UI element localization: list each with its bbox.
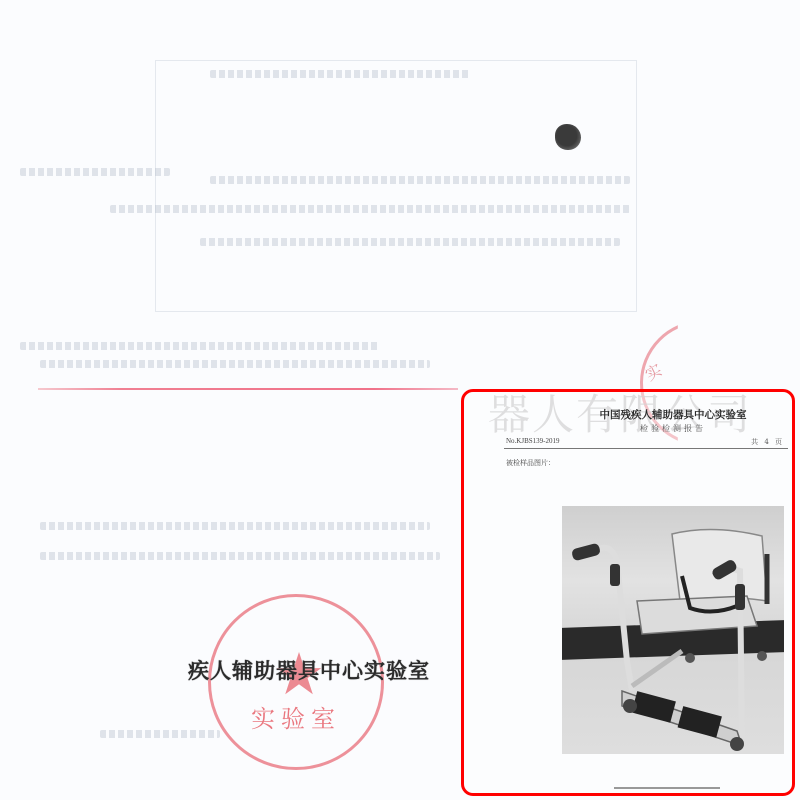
faded-text-line: [210, 70, 470, 78]
report-subtitle: 检验检测报告: [464, 423, 792, 434]
report-number: No.KJBS139-2019: [506, 437, 559, 445]
faded-text-line: [20, 168, 170, 176]
faded-text-line: [40, 522, 430, 530]
sample-photo-label: 被检样品图片：: [506, 458, 555, 468]
highlighted-report-page: 中国残疾人辅助器具中心实验室 检验检测报告 No.KJBS139-2019 共 …: [461, 389, 795, 796]
faded-text-line: [200, 238, 620, 246]
transfer-chair-icon: [562, 506, 784, 754]
red-divider: [38, 388, 458, 390]
ink-blot: [555, 124, 581, 150]
footer-rule: [614, 787, 720, 789]
faded-text-line: [40, 360, 430, 368]
faded-text-line: [110, 205, 630, 213]
report-title: 中国残疾人辅助器具中心实验室: [464, 407, 792, 422]
sample-photo: [562, 506, 784, 754]
seal-overprint-text: 疾人辅助器具中心实验室: [188, 655, 430, 685]
header-rule: [504, 448, 788, 449]
seal-bottom-text: 实验室: [211, 699, 381, 734]
faded-text-line: [210, 176, 630, 184]
faded-table: [155, 60, 637, 312]
faded-text-line: [40, 552, 440, 560]
faded-text-line: [20, 342, 380, 350]
faded-text-line: [100, 730, 220, 738]
page-count: 共 4 页: [751, 437, 784, 447]
